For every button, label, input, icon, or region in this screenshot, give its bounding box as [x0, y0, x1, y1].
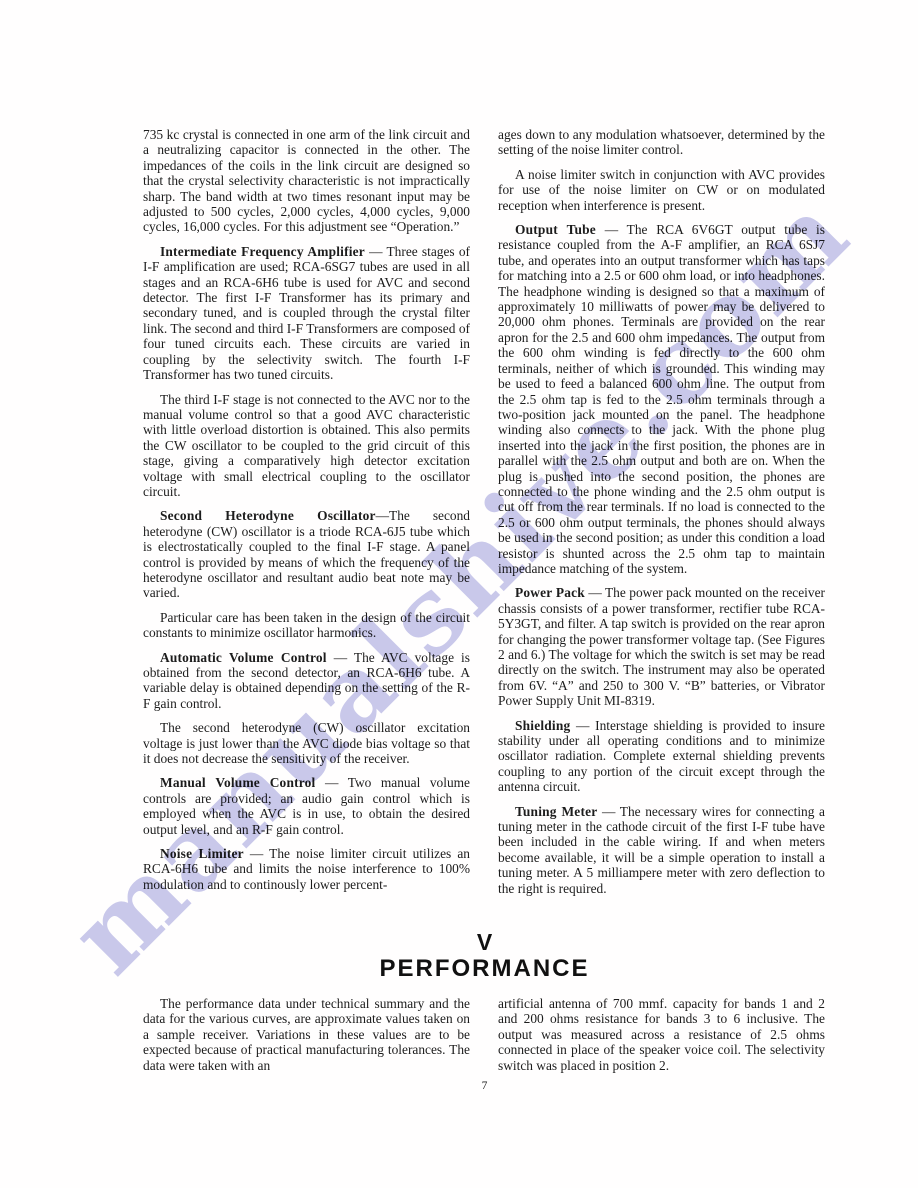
- paragraph: 735 kc crystal is connected in one arm o…: [143, 127, 470, 235]
- paragraph: Second Heterodyne Oscillator—The second …: [143, 508, 470, 600]
- paragraph: Power Pack — The power pack mounted on t…: [498, 585, 825, 708]
- paragraph-text: Particular care has been taken in the de…: [143, 610, 470, 640]
- paragraph-text: 735 kc crystal is connected in one arm o…: [143, 127, 470, 234]
- run-in-heading: Tuning Meter: [515, 804, 597, 819]
- paragraph: Intermediate Frequency Amplifier — Three…: [143, 244, 470, 383]
- paragraph: The performance data under technical sum…: [143, 996, 470, 1073]
- run-in-heading: Power Pack: [515, 585, 585, 600]
- paragraph: Tuning Meter — The necessary wires for c…: [498, 804, 825, 896]
- paragraph: ages down to any modulation whatsoever, …: [498, 127, 825, 158]
- paragraph: Output Tube — The RCA 6V6GT output tube …: [498, 222, 825, 576]
- paragraph: Automatic Volume Control — The AVC volta…: [143, 650, 470, 712]
- paragraph: The third I-F stage is not connected to …: [143, 392, 470, 500]
- performance-columns: The performance data under technical sum…: [143, 996, 826, 1082]
- document-page: manualshive.com 735 kc crystal is connec…: [0, 0, 918, 1188]
- section-title: PERFORMANCE: [143, 955, 826, 983]
- paragraph-text: A noise limiter switch in conjunction wi…: [498, 167, 825, 213]
- run-in-heading: Intermediate Frequency Amplifier: [160, 244, 365, 259]
- paragraph-text: — The power pack mounted on the receiver…: [498, 585, 825, 708]
- run-in-heading: Noise Limiter: [160, 846, 244, 861]
- right-column: ages down to any modulation whatsoever, …: [498, 127, 825, 905]
- run-in-heading: Automatic Volume Control: [160, 650, 327, 665]
- run-in-heading: Shielding: [515, 718, 570, 733]
- run-in-heading: Output Tube: [515, 222, 596, 237]
- run-in-heading: Second Heterodyne Oscillator: [160, 508, 376, 523]
- run-in-heading: Manual Volume Control: [160, 775, 315, 790]
- paragraph-text: The second heterodyne (CW) oscillator ex…: [143, 720, 470, 766]
- paragraph-text: — Three stages of I-F amplification are …: [143, 244, 470, 382]
- paragraph-text: artificial antenna of 700 mmf. capacity …: [498, 996, 825, 1073]
- paragraph: A noise limiter switch in conjunction wi…: [498, 167, 825, 213]
- paragraph-text: — The RCA 6V6GT output tube is resistanc…: [498, 222, 825, 576]
- paragraph: The second heterodyne (CW) oscillator ex…: [143, 720, 470, 766]
- performance-left-column: The performance data under technical sum…: [143, 996, 470, 1082]
- performance-right-column: artificial antenna of 700 mmf. capacity …: [498, 996, 825, 1082]
- main-text-columns: 735 kc crystal is connected in one arm o…: [143, 127, 826, 905]
- paragraph: Noise Limiter — The noise limiter circui…: [143, 846, 470, 892]
- left-column: 735 kc crystal is connected in one arm o…: [143, 127, 470, 905]
- paragraph: Manual Volume Control — Two manual volum…: [143, 775, 470, 837]
- page-number: 7: [143, 1080, 826, 1092]
- paragraph-text: ages down to any modulation whatsoever, …: [498, 127, 825, 157]
- paragraph-text: The performance data under technical sum…: [143, 996, 470, 1073]
- paragraph: Shielding — Interstage shielding is prov…: [498, 718, 825, 795]
- paragraph: Particular care has been taken in the de…: [143, 610, 470, 641]
- paragraph: artificial antenna of 700 mmf. capacity …: [498, 996, 825, 1073]
- section-numeral: V: [143, 929, 826, 956]
- paragraph-text: The third I-F stage is not connected to …: [143, 392, 470, 499]
